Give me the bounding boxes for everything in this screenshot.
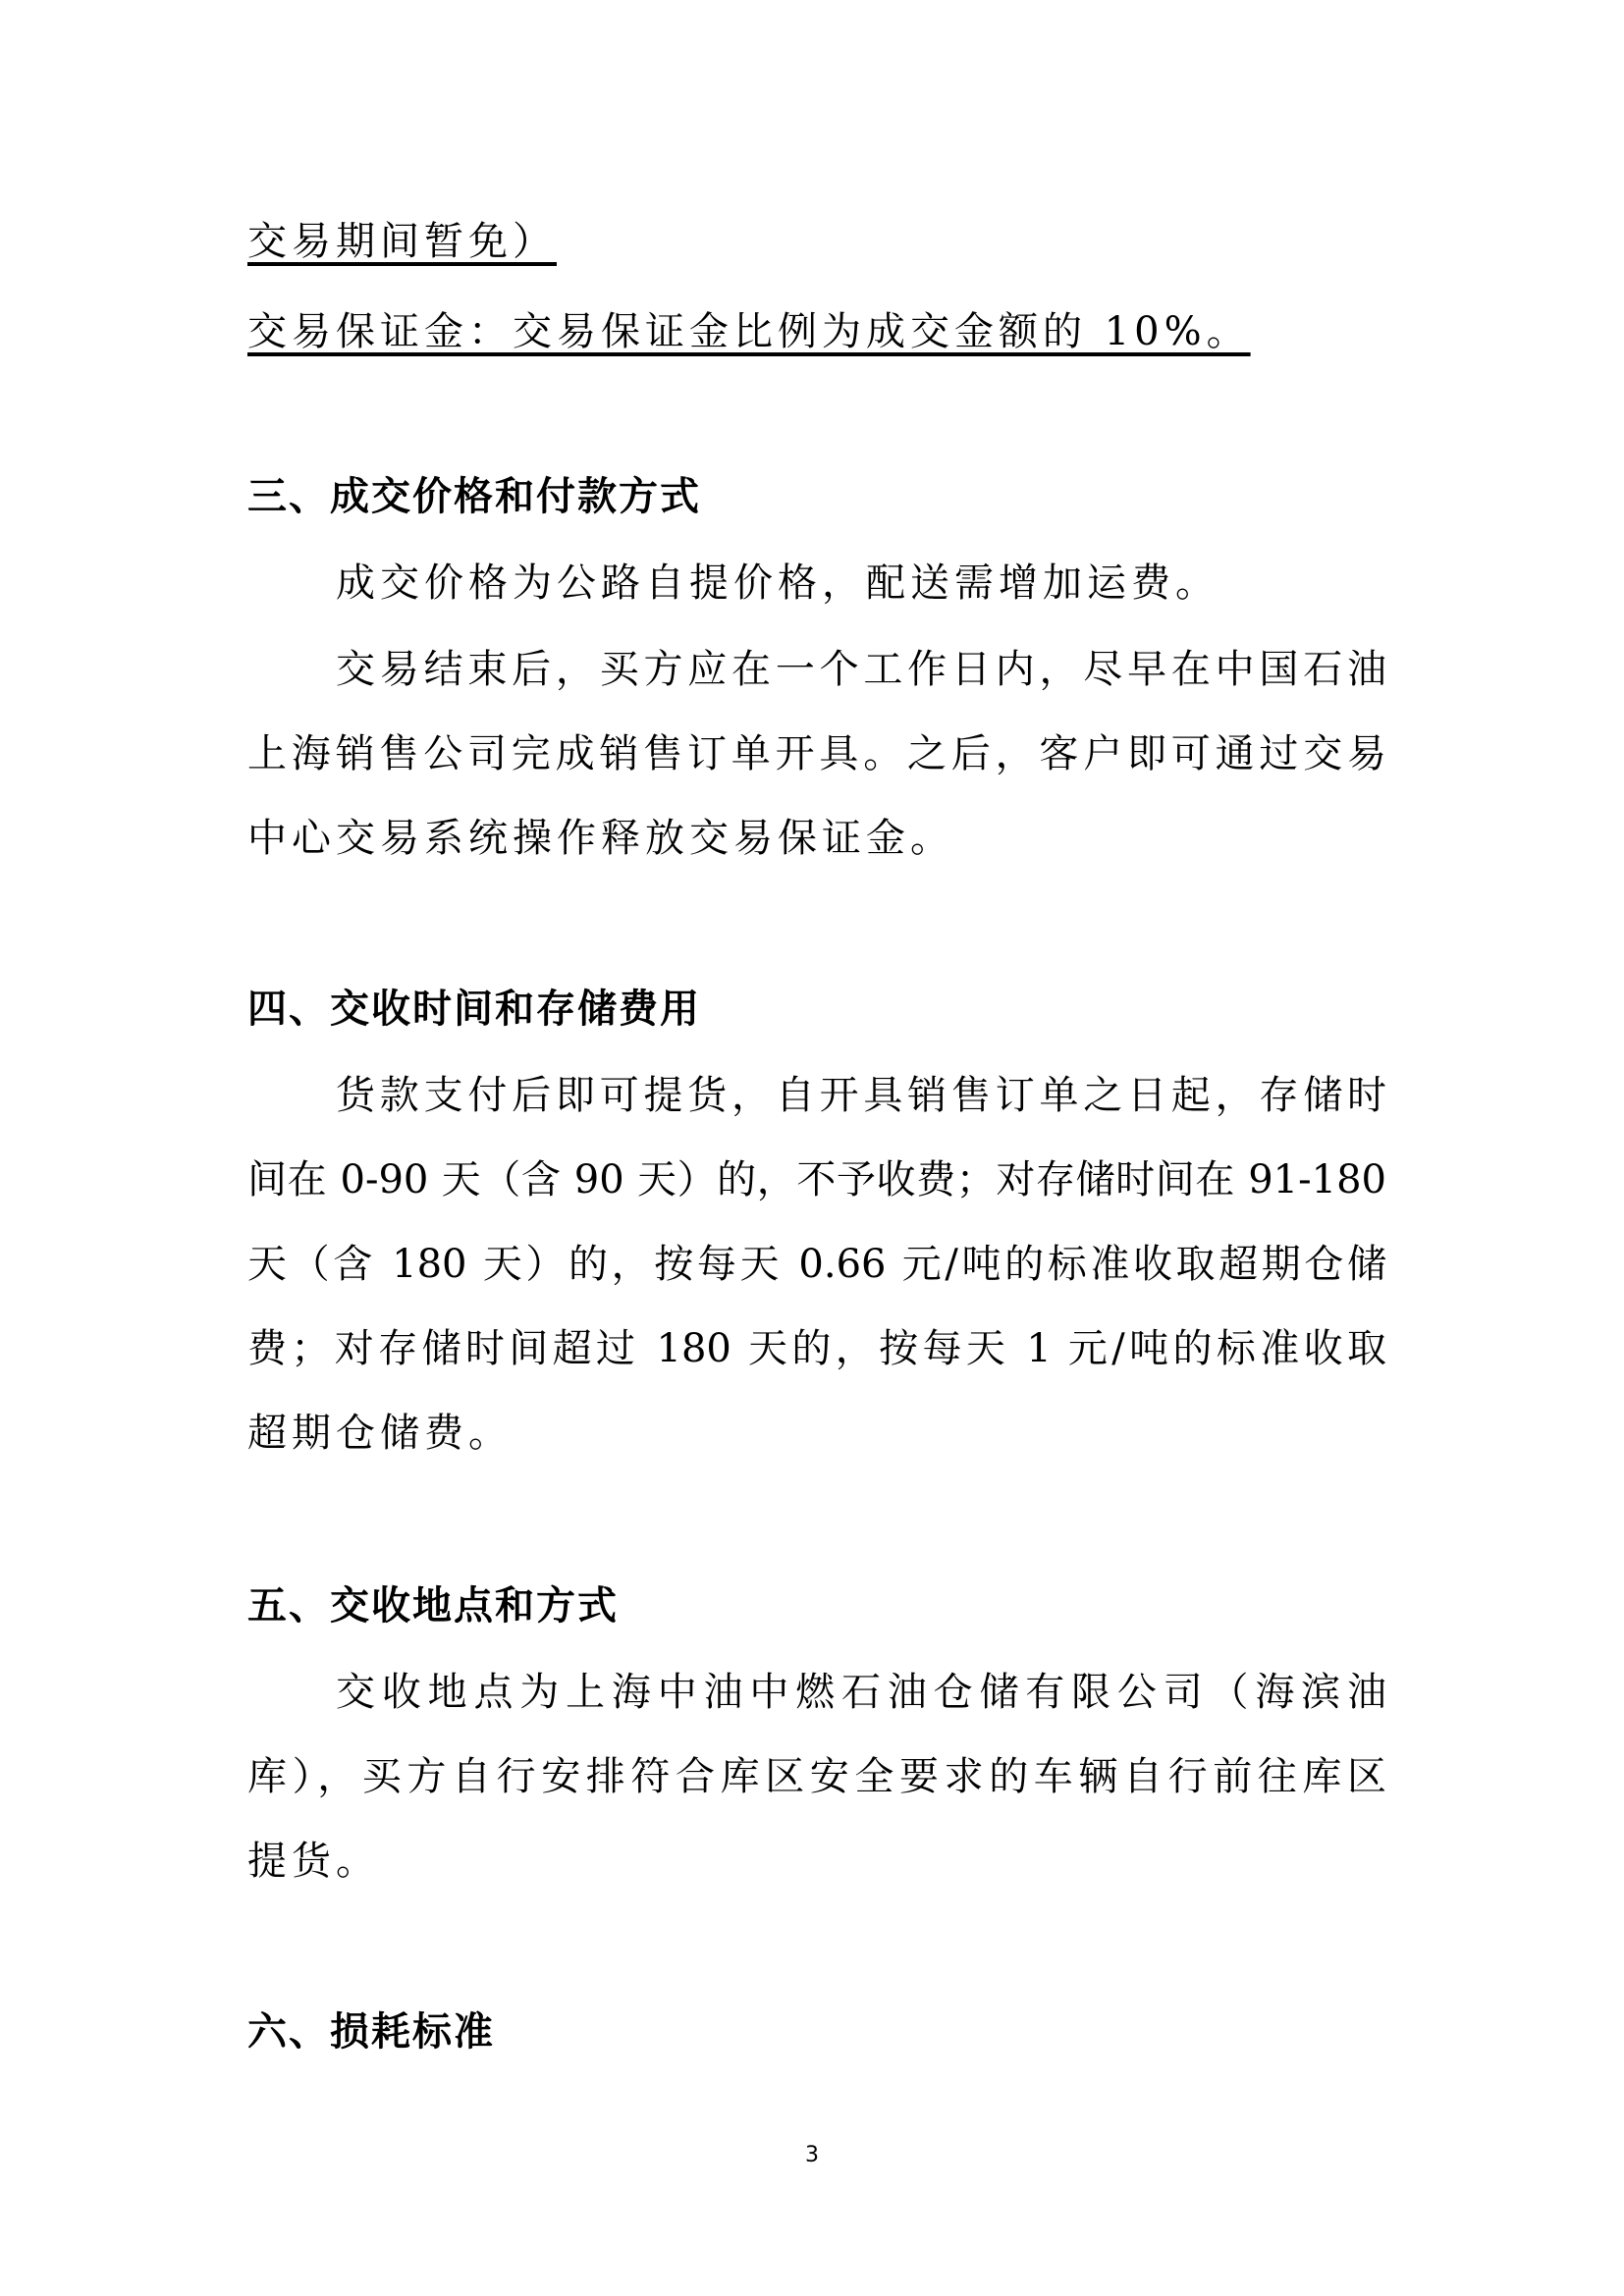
paragraph-line: 成交价格为公路自提价格，配送需增加运费。 bbox=[336, 560, 1386, 607]
underlined-line-trading-deposit: 交易保证金：交易保证金比例为成交金额的 10%。 bbox=[247, 308, 1386, 355]
paragraph-line: 费；对存储时间超过 180 天的，按每天 1 元/吨的标准收取 bbox=[247, 1325, 1386, 1372]
paragraph-line: 间在 0-90 天（含 90 天）的，不予收费；对存储时间在 91-180 bbox=[247, 1156, 1386, 1203]
paragraph-line: 上海销售公司完成销售订单开具。之后，客户即可通过交易 bbox=[247, 730, 1386, 777]
paragraph-line: 提货。 bbox=[247, 1838, 1386, 1885]
paragraph-line: 货款支付后即可提货，自开具销售订单之日起，存储时 bbox=[336, 1072, 1386, 1119]
paragraph-line: 库），买方自行安排符合库区安全要求的车辆自行前往库区 bbox=[247, 1753, 1386, 1800]
paragraph-line: 天（含 180 天）的，按每天 0.66 元/吨的标准收取超期仓储 bbox=[247, 1241, 1386, 1288]
paragraph-line: 中心交易系统操作释放交易保证金。 bbox=[247, 815, 1386, 862]
page-number: 3 bbox=[0, 2144, 1624, 2167]
paragraph-line: 交易结束后，买方应在一个工作日内，尽早在中国石油 bbox=[336, 646, 1386, 693]
section-heading-price-payment: 三、成交价格和付款方式 bbox=[247, 473, 701, 520]
section-heading-delivery-storage: 四、交收时间和存储费用 bbox=[247, 986, 701, 1033]
document-page: 交易期间暂免） 交易保证金：交易保证金比例为成交金额的 10%。 三、成交价格和… bbox=[0, 0, 1624, 2296]
paragraph-line: 超期仓储费。 bbox=[247, 1410, 1386, 1457]
section-heading-delivery-location: 五、交收地点和方式 bbox=[247, 1582, 619, 1629]
underlined-line-fee-exemption: 交易期间暂免） bbox=[247, 218, 1386, 265]
paragraph-line: 交收地点为上海中油中燃石油仓储有限公司（海滨油 bbox=[336, 1669, 1386, 1716]
section-heading-loss-standard: 六、损耗标准 bbox=[247, 2008, 495, 2056]
